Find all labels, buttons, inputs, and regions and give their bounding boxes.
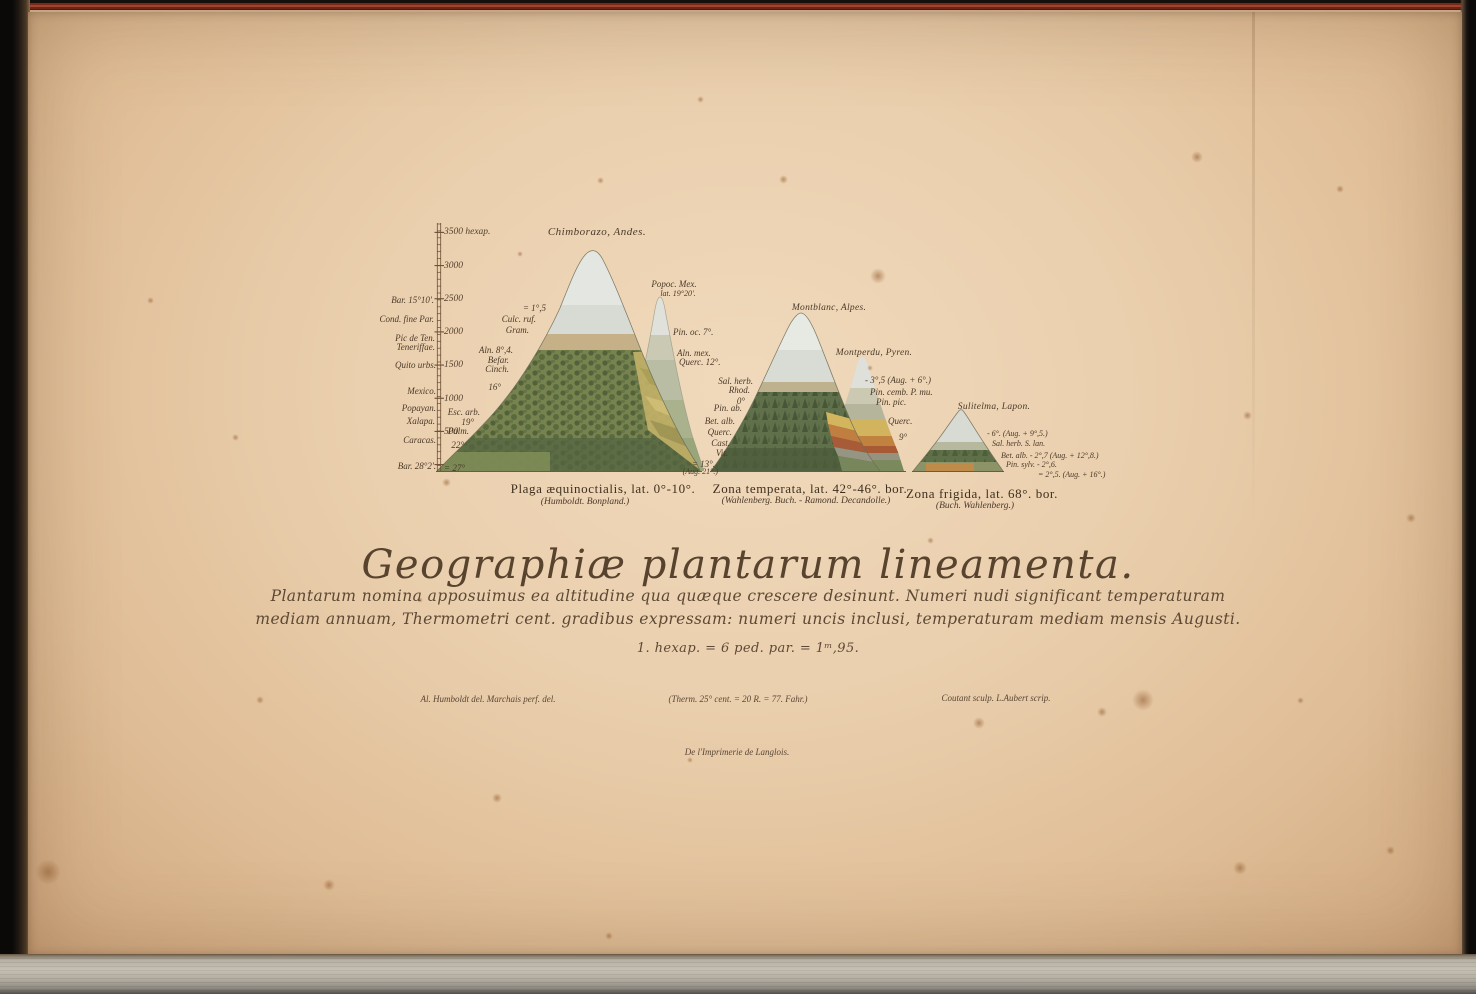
scale-side-label: Mexico. xyxy=(407,387,436,396)
vegetation-limit-label: Querc. xyxy=(708,428,732,437)
zone-authors-frigid: (Buch. Wahlenberg.) xyxy=(936,501,1014,511)
zone-authors-temperate: (Wahlenberg. Buch. - Ramond. Decandolle.… xyxy=(722,496,891,506)
vegetation-limit-label: Vit. xyxy=(716,449,728,458)
peak-label-montperdu: Montperdu, Pyren. xyxy=(836,349,912,359)
scale-base-temperature: = 27° xyxy=(444,464,465,473)
vegetation-limit-label: Pin. sylv. - 2°,6. xyxy=(1006,461,1057,469)
zone-caption-temperate: Zona temperata, lat. 42°-46°. bor. xyxy=(713,481,908,497)
vegetation-limit-label: Aln. 8°,4. xyxy=(479,346,513,355)
temperature-label: 16° xyxy=(488,383,501,392)
peak-label-chimborazo: Chimborazo, Andes. xyxy=(548,227,646,238)
scale-tick-label: 1500 xyxy=(444,361,463,371)
temperature-label: - 3°,5 (Aug. + 6°.) xyxy=(865,376,931,385)
peak-label-popocatepetl: Popoc. Mex. xyxy=(651,280,696,289)
scale-side-label: Bar. 28°2'. xyxy=(398,462,436,471)
imprint-engraver: Coutant sculp. L.Aubert scrip. xyxy=(941,693,1050,703)
altitude-scale-ruler xyxy=(437,223,440,471)
vegetation-limit-label: Sal. herb. S. lan. xyxy=(992,440,1045,448)
vegetation-limit-label: Palm. xyxy=(448,427,469,436)
book-scan: 3500 hexap. 3000 2500 2000 1500 1000 500… xyxy=(0,0,1476,994)
vegetation-limit-label: Rhod. xyxy=(729,386,750,395)
scale-side-label: Teneriffae. xyxy=(397,343,435,352)
vegetation-limit-label: Bet. alb. - 2°,7 (Aug. + 12°,8.) xyxy=(1001,452,1099,460)
vegetation-limit-label: Pin. oc. 7°. xyxy=(673,328,713,337)
vegetation-limit-label: Gram. xyxy=(506,326,529,335)
peak-label-sulitelma: Sulitelma, Lapon. xyxy=(958,403,1030,413)
scale-tick-label: 3000 xyxy=(444,262,463,272)
imprint-draughtsman: Al. Humboldt del. Marchais perf. del. xyxy=(421,694,556,704)
vegetation-limit-label: Culc. ruf. xyxy=(502,315,536,324)
plate-content: 3500 hexap. 3000 2500 2000 1500 1000 500… xyxy=(0,0,1476,994)
imprint-printer: De l'Imprimerie de Langlois. xyxy=(685,747,789,757)
scale-tick-label: 2500 xyxy=(444,295,463,305)
scale-tick-label: 1000 xyxy=(444,395,463,405)
page-stack-edge xyxy=(0,954,1476,994)
zone-caption-frigid: Zona frigida, lat. 68°. bor. xyxy=(906,486,1058,502)
altitude-scale-ticks xyxy=(435,224,445,466)
vegetation-limit-label: Querc. xyxy=(888,417,912,426)
vegetation-limit-label: Esc. arb. xyxy=(448,408,480,417)
plate-title: Geographiæ plantarum lineamenta. xyxy=(361,542,1134,588)
plate-description-line2: mediam annuam, Thermometri cent. gradibu… xyxy=(255,610,1240,628)
scale-tick-label: 2000 xyxy=(444,328,463,338)
scale-side-label: Bar. 15°10'. xyxy=(391,296,434,305)
vegetation-limit-label: Cast. xyxy=(711,439,730,448)
vegetation-limit-label: Cinch. xyxy=(485,365,509,374)
vegetation-limit-label: Pin. ab. xyxy=(714,404,742,413)
zone-caption-equatorial: Plaga æquinoctialis, lat. 0°-10°. xyxy=(511,481,696,497)
temperature-label: 9° xyxy=(899,433,907,442)
vegetation-limit-label: = 1°,5 xyxy=(523,304,546,313)
peak-label-montblanc: Montblanc, Alpes. xyxy=(792,304,866,314)
temperature-label: (Aug. 21°.) xyxy=(683,468,718,476)
scale-side-label: Cond. fine Par. xyxy=(379,315,434,324)
scale-side-label: Xalapa. xyxy=(407,417,435,426)
vegetation-limit-label: Querc. 12°. xyxy=(679,358,721,367)
scale-side-label: Popayan. xyxy=(402,404,436,413)
vegetation-limit-label: Bet. alb. xyxy=(705,417,735,426)
plate-scale-note: 1. hexap. = 6 ped. par. = 1ᵐ,95. xyxy=(637,641,859,656)
zone-authors-equatorial: (Humboldt. Bonpland.) xyxy=(541,497,629,507)
scale-side-label: Quito urbs. xyxy=(395,361,436,370)
temperature-label: - 6°. (Aug. + 9°,5.) xyxy=(987,430,1048,438)
imprint-thermometer-note: (Therm. 25° cent. = 20 R. = 77. Fahr.) xyxy=(669,694,808,704)
temperature-label: = 2°,5. (Aug. + 16°.) xyxy=(1038,471,1105,479)
plate-description-line1: Plantarum nomina apposuimus ea altitudin… xyxy=(271,587,1226,605)
temperature-label: 22° xyxy=(451,441,464,450)
scale-side-label: Caracas. xyxy=(403,436,436,445)
vegetation-limit-label: Pin. pic. xyxy=(876,398,906,407)
scale-tick-label: 3500 hexap. xyxy=(444,228,490,238)
peak-label-popocatepetl-latitude: lat. 19°20'. xyxy=(660,290,695,298)
vegetation-limit-label: Pin. cemb. P. mu. xyxy=(870,388,933,397)
